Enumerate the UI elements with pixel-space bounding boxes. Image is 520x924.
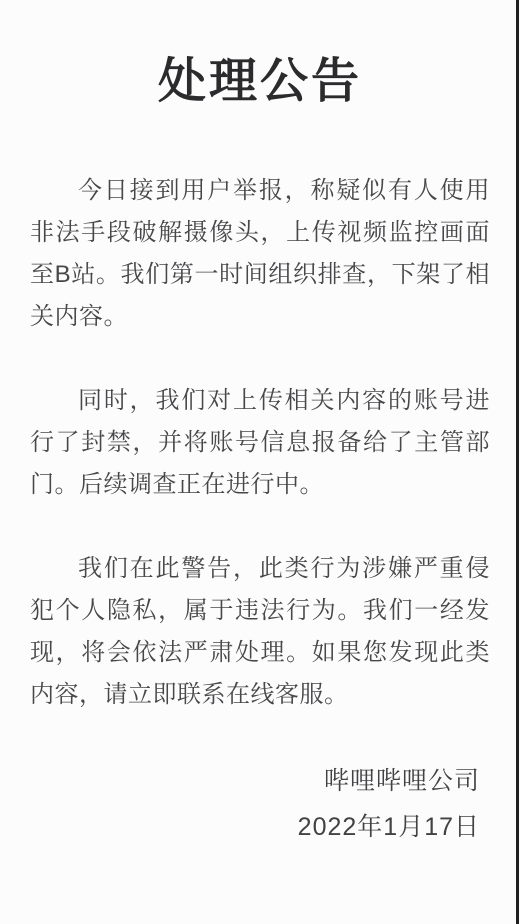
signature-block: 哔哩哔哩公司 2022年1月17日 — [30, 758, 490, 850]
announcement-page: 处理公告 今日接到用户举报，称疑似有人使用非法手段破解摄像头，上传视频监控画面至… — [0, 0, 520, 924]
announcement-body: 今日接到用户举报，称疑似有人使用非法手段破解摄像头，上传视频监控画面至B站。我们… — [0, 170, 520, 850]
page-title: 处理公告 — [0, 0, 520, 110]
announcement-date: 2022年1月17日 — [30, 804, 480, 850]
company-signature: 哔哩哔哩公司 — [30, 758, 480, 804]
announcement-paragraph-1: 今日接到用户举报，称疑似有人使用非法手段破解摄像头，上传视频监控画面至B站。我们… — [30, 170, 490, 338]
announcement-paragraph-3: 我们在此警告，此类行为涉嫌严重侵犯个人隐私，属于违法行为。我们一经发现，将会依法… — [30, 548, 490, 716]
announcement-paragraph-2: 同时，我们对上传相关内容的账号进行了封禁，并将账号信息报备给了主管部门。后续调查… — [30, 380, 490, 506]
screen-edge-artifact — [516, 0, 519, 924]
